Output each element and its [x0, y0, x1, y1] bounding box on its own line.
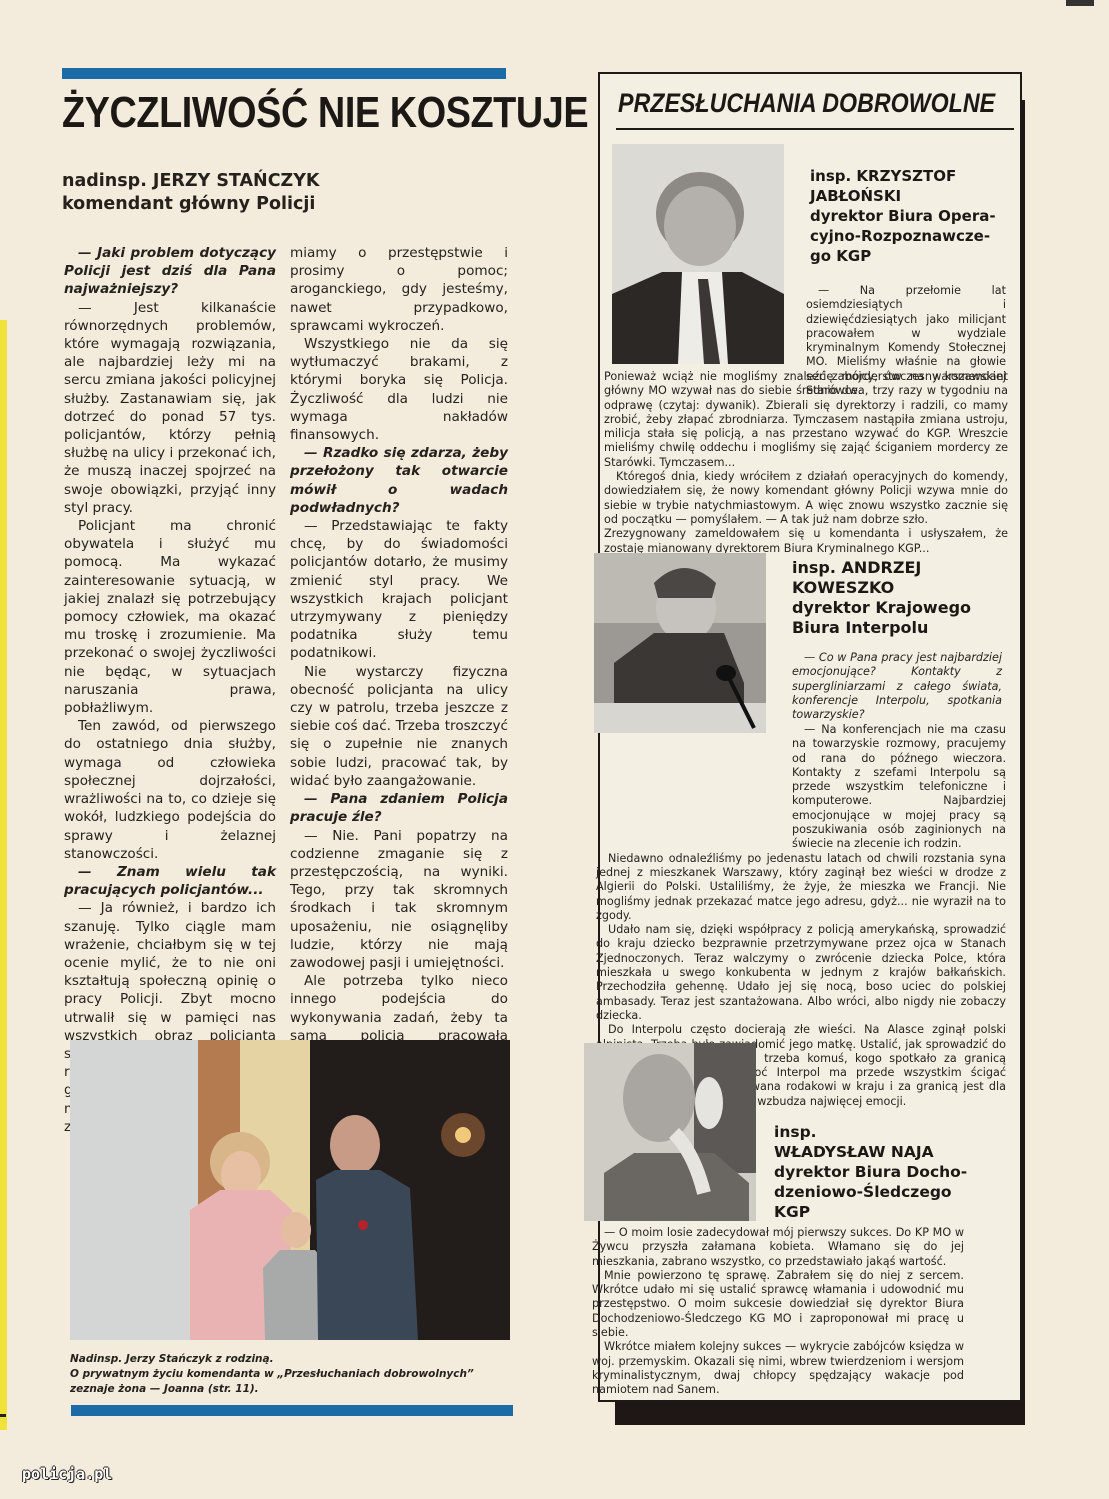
profile-name: WŁADYSŁAW NAJA — [774, 1142, 967, 1162]
article-byline: nadinsp. JERZY STAŃCZYK komendant główny… — [62, 170, 319, 216]
profile-name: JABŁOŃSKI — [810, 186, 996, 206]
profile-paragraph: Udało nam się, dzięki współpracy z polic… — [596, 923, 1006, 1023]
profile-paragraph: Niedawno odnaleźliśmy po jedenastu latac… — [596, 852, 1006, 923]
profile-position: dyrektor Biura Opera- — [810, 206, 996, 226]
crop-mark — [1066, 0, 1094, 6]
interview-answer: — Przedstawiając te fakty chcę, by do św… — [290, 517, 508, 663]
profile-rank: insp. KRZYSZTOF — [810, 166, 996, 186]
profile-heading-naja: insp. WŁADYSŁAW NAJA dyrektor Biura Doch… — [774, 1122, 967, 1222]
profile-paragraph: Zrezygnowany zameldowałem się u komendan… — [604, 527, 1008, 556]
profile-paragraph: — O moim losie zadecydował mój pierwszy … — [592, 1226, 964, 1269]
profile-heading-koweszko: insp. ANDRZEJ KOWESZKO dyrektor Krajoweg… — [792, 558, 971, 638]
profile-position: dyrektor Krajowego — [792, 598, 971, 618]
interview-question: — Pana zdaniem Policja pracuje źle? — [290, 790, 508, 826]
profile-position: KGP — [774, 1202, 967, 1222]
profile-position: cyjno-Rozpoznawcze- — [810, 226, 996, 246]
profile-paragraph: Któregoś dnia, kiedy wróciłem z działań … — [604, 470, 1008, 527]
family-photo — [70, 1040, 510, 1340]
article-column-2: miamy o przestępstwie i prosimy o pomoc;… — [290, 244, 508, 1154]
interview-answer: Ten zawód, od pierwszego do ostatniego d… — [64, 717, 276, 863]
profile-paragraph: Mnie powierzono tę sprawę. Zabrałem się … — [592, 1269, 964, 1340]
profile-position: go KGP — [810, 246, 996, 266]
top-accent-bar — [62, 68, 506, 79]
title-rule — [616, 128, 1014, 130]
photo-caption-line-1: Nadinsp. Jerzy Stańczyk z rodziną. — [70, 1352, 512, 1367]
interview-answer: Wszystkiego nie da się wytłumaczyć braka… — [290, 335, 508, 444]
profile-rank: insp. — [774, 1122, 967, 1142]
profile-question-koweszko: — Co w Pana pracy jest najbardziej emocj… — [792, 651, 1002, 722]
article-column-1: — Jaki problem dotyczący Policji jest dz… — [64, 244, 276, 1136]
interview-question: — Jaki problem dotyczący Policji jest dz… — [64, 244, 276, 299]
family-photo-illustration — [70, 1040, 510, 1340]
watermark-logo: policja.pl — [22, 1465, 112, 1483]
photo-caption-line-2: O prywatnym życiu komendanta w „Przesłuc… — [70, 1367, 512, 1397]
interview-question: — Znam wielu tak pracujących policjantów… — [64, 863, 276, 899]
profile-heading-jablonski: insp. KRZYSZTOF JABŁOŃSKI dyrektor Biura… — [810, 166, 996, 266]
profile-position: dzeniowo-Śledczego — [774, 1182, 967, 1202]
bottom-accent-bar — [71, 1405, 513, 1416]
portrait-photo-naja — [584, 1043, 756, 1221]
profile-paragraph: Wkrótce miałem kolejny sukces — wykrycie… — [592, 1340, 964, 1397]
profile-paragraph: Ponieważ wciąż nie mogliśmy znaleźć zabó… — [604, 370, 1008, 470]
interview-answer: — Nie. Pani popatrzy na codzienne zmagan… — [290, 827, 508, 973]
profile-paragraph: — Na konferencjach nie ma czasu na towar… — [596, 723, 1006, 852]
page-edge-yellow-strip — [0, 320, 7, 1430]
photo-caption: Nadinsp. Jerzy Stańczyk z rodziną. O pry… — [70, 1352, 512, 1397]
interview-question: — Rzadko się zdarza, żeby przełożony tak… — [290, 444, 508, 517]
profile-rank: insp. ANDRZEJ — [792, 558, 971, 578]
article-title: ŻYCZLIWOŚĆ NIE KOSZTUJE — [62, 88, 588, 138]
interview-answer: Nie wystarczy fizyczna obecność policjan… — [290, 663, 508, 790]
interview-answer: miamy o przestępstwie i prosimy o pomoc;… — [290, 244, 508, 335]
portrait-photo-koweszko — [594, 553, 766, 733]
sidebar-box-title: PRZESŁUCHANIA DOBROWOLNE — [618, 88, 995, 119]
portrait-photo-jablonski — [612, 144, 784, 364]
profile-question: — Co w Pana pracy jest najbardziej emocj… — [792, 651, 1002, 722]
portrait-illustration — [594, 553, 766, 733]
portrait-illustration — [584, 1043, 756, 1221]
interview-answer: Policjant ma chronić obywatela i służyć … — [64, 517, 276, 717]
byline-name: nadinsp. JERZY STAŃCZYK — [62, 170, 319, 193]
profile-text-jablonski: Ponieważ wciąż nie mogliśmy znaleźć zabó… — [604, 370, 1008, 556]
profile-name: KOWESZKO — [792, 578, 971, 598]
profile-text-naja: — O moim losie zadecydował mój pierwszy … — [592, 1226, 964, 1398]
profile-position: Biura Interpolu — [792, 618, 971, 638]
byline-role: komendant główny Policji — [62, 193, 319, 216]
crop-mark — [0, 1414, 6, 1417]
profile-position: dyrektor Biura Docho- — [774, 1162, 967, 1182]
portrait-illustration — [612, 144, 784, 364]
interview-answer: — Jest kilkanaście równorzędnych problem… — [64, 299, 276, 517]
